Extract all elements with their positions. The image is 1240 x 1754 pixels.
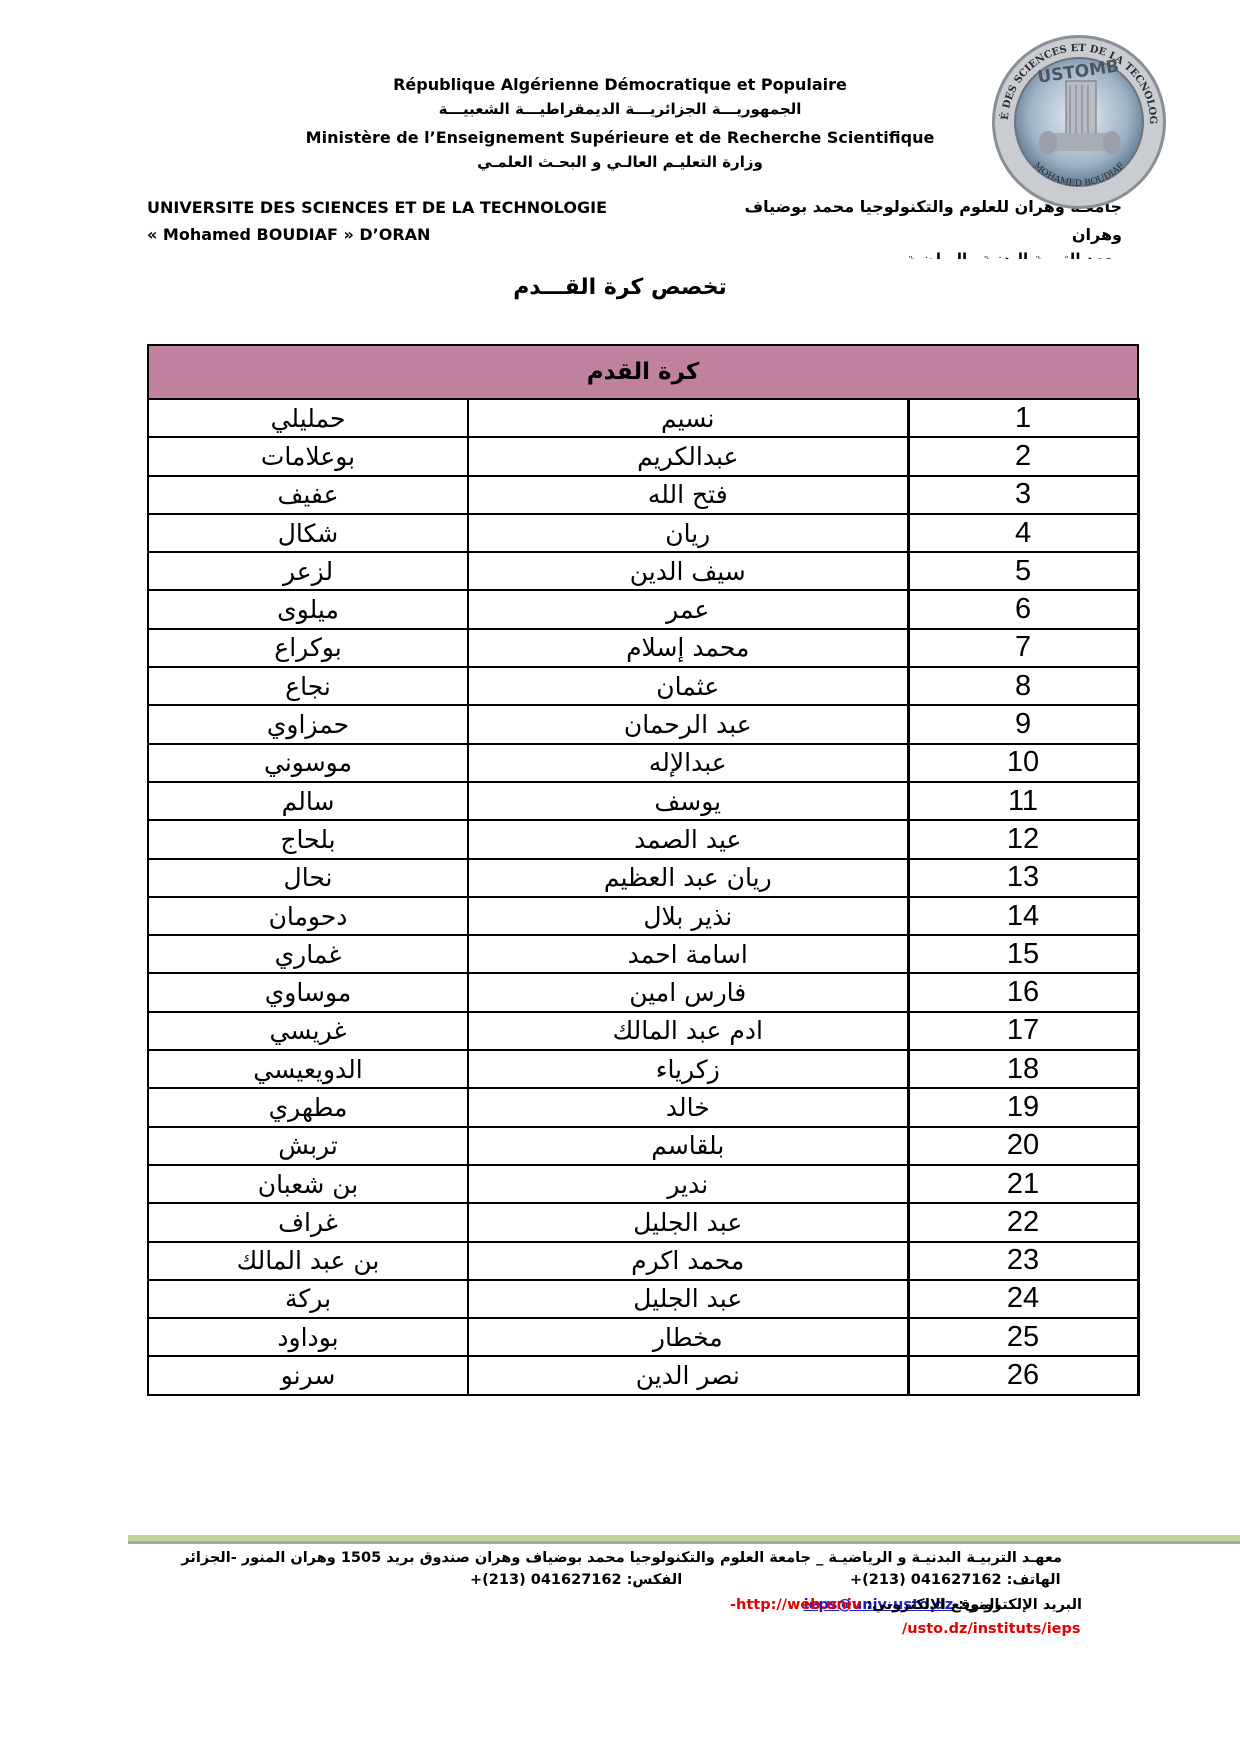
row-number-cell: 1 (908, 399, 1138, 437)
first-name-cell: عبد الرحمان (468, 705, 908, 743)
footer-address: معهـد التربيـة البدنيـة و الرياضيـة _ جا… (181, 1550, 1062, 1566)
last-name-cell: موسوني (148, 744, 468, 782)
last-name-cell: دحومان (148, 897, 468, 935)
last-name-cell: موساوي (148, 973, 468, 1011)
first-name-cell: محمد إسلام (468, 629, 908, 667)
row-number-cell: 25 (908, 1318, 1138, 1356)
table-row: سالميوسف11 (148, 782, 1138, 820)
last-name-cell: الدويعيسي (148, 1050, 468, 1088)
table-row: ميلوىعمر6 (148, 590, 1138, 628)
website-link-part2[interactable]: /usto.dz/instituts/ieps (902, 1621, 1081, 1637)
last-name-cell: مطهري (148, 1088, 468, 1126)
table-row: بوعلاماتعبدالكريم2 (148, 437, 1138, 475)
last-name-cell: نجاع (148, 667, 468, 705)
last-name-cell: سالم (148, 782, 468, 820)
row-number-cell: 23 (908, 1242, 1138, 1280)
first-name-cell: يوسف (468, 782, 908, 820)
university-city-ar: وهران (1072, 225, 1122, 244)
row-number-cell: 7 (908, 629, 1138, 667)
first-name-cell: زكرياء (468, 1050, 908, 1088)
table-header-label: كرة القدم (148, 345, 1138, 399)
table-row: بن عبد المالكمحمد اكرم23 (148, 1242, 1138, 1280)
table-row: دحوماننذير بلال14 (148, 897, 1138, 935)
phone-label: الهاتف: (1007, 1572, 1061, 1588)
row-number-cell: 15 (908, 935, 1138, 973)
first-name-cell: محمد اكرم (468, 1242, 908, 1280)
table-row: بوكراعمحمد إسلام7 (148, 629, 1138, 667)
row-number-cell: 8 (908, 667, 1138, 705)
table-row: شكالريان4 (148, 514, 1138, 552)
row-number-cell: 2 (908, 437, 1138, 475)
first-name-cell: عبد الجليل (468, 1280, 908, 1318)
row-number-cell: 4 (908, 514, 1138, 552)
first-name-cell: عبد الجليل (468, 1203, 908, 1241)
first-name-cell: اسامة احمد (468, 935, 908, 973)
row-number-cell: 20 (908, 1127, 1138, 1165)
fax-value: 041627162 (213)+ (470, 1572, 622, 1588)
website-link-part1[interactable]: http://web.univ- (730, 1597, 861, 1613)
phone-value: 041627162 (213)+ (850, 1572, 1002, 1588)
row-number-cell: 12 (908, 820, 1138, 858)
first-name-cell: نذير بلال (468, 897, 908, 935)
last-name-cell: نحال (148, 859, 468, 897)
row-number-cell: 5 (908, 552, 1138, 590)
row-number-cell: 26 (908, 1356, 1138, 1394)
first-name-cell: ادم عبد المالك (468, 1012, 908, 1050)
table-row: سرنونصر الدين26 (148, 1356, 1138, 1394)
last-name-cell: سرنو (148, 1356, 468, 1394)
first-name-cell: ريان (468, 514, 908, 552)
table-row: موساويفارس امين16 (148, 973, 1138, 1011)
table-row: عفيففتح الله3 (148, 476, 1138, 514)
table-row: بركةعبد الجليل24 (148, 1280, 1138, 1318)
first-name-cell: ريان عبد العظيم (468, 859, 908, 897)
university-subtitle-fr: « Mohamed BOUDIAF » D’ORAN (147, 225, 430, 244)
last-name-cell: بن عبد المالك (148, 1242, 468, 1280)
last-name-cell: عفيف (148, 476, 468, 514)
first-name-cell: نصر الدين (468, 1356, 908, 1394)
last-name-cell: بركة (148, 1280, 468, 1318)
row-number-cell: 11 (908, 782, 1138, 820)
last-name-cell: تربش (148, 1127, 468, 1165)
university-name-fr: UNIVERSITE DES SCIENCES ET DE LA TECHNOL… (147, 198, 607, 217)
first-name-cell: خالد (468, 1088, 908, 1126)
first-name-cell: سيف الدين (468, 552, 908, 590)
last-name-cell: غماري (148, 935, 468, 973)
first-name-cell: فتح الله (468, 476, 908, 514)
table-header-row: كرة القدم (148, 345, 1138, 399)
last-name-cell: ميلوى (148, 590, 468, 628)
table-row: الدويعيسيزكرياء18 (148, 1050, 1138, 1088)
table-row: لزعرسيف الدين5 (148, 552, 1138, 590)
last-name-cell: حمزاوي (148, 705, 468, 743)
last-name-cell: بن شعبان (148, 1165, 468, 1203)
footer-website: الموقع الإلكتروني: http://web.univ- (730, 1597, 999, 1613)
row-number-cell: 16 (908, 973, 1138, 1011)
last-name-cell: حمليلي (148, 399, 468, 437)
row-number-cell: 22 (908, 1203, 1138, 1241)
table-row: حمليلينسيم1 (148, 399, 1138, 437)
row-number-cell: 24 (908, 1280, 1138, 1318)
row-number-cell: 10 (908, 744, 1138, 782)
table-row: بلحاجعيد الصمد12 (148, 820, 1138, 858)
document-title: تخصص كرة القـــدم (0, 275, 1240, 300)
first-name-cell: ندير (468, 1165, 908, 1203)
last-name-cell: بوكراع (148, 629, 468, 667)
last-name-cell: بلحاج (148, 820, 468, 858)
first-name-cell: مخطار (468, 1318, 908, 1356)
table-row: غمارياسامة احمد15 (148, 935, 1138, 973)
table-row: حمزاويعبد الرحمان9 (148, 705, 1138, 743)
first-name-cell: عيد الصمد (468, 820, 908, 858)
usto-seal-icon: UNIVERSITÉ DES SCIENCES ET DE LA TECNOLO… (990, 33, 1168, 211)
first-name-cell: فارس امين (468, 973, 908, 1011)
last-name-cell: لزعر (148, 552, 468, 590)
row-number-cell: 6 (908, 590, 1138, 628)
table-row: غريسيادم عبد المالك17 (148, 1012, 1138, 1050)
footer-phone: الهاتف: 041627162 (213)+ (850, 1572, 1061, 1588)
footer-divider (128, 1535, 1240, 1544)
university-logo: UNIVERSITÉ DES SCIENCES ET DE LA TECNOLO… (990, 33, 1168, 211)
table-row: بوداودمخطار25 (148, 1318, 1138, 1356)
row-number-cell: 14 (908, 897, 1138, 935)
row-number-cell: 18 (908, 1050, 1138, 1088)
first-name-cell: عبدالكريم (468, 437, 908, 475)
row-number-cell: 9 (908, 705, 1138, 743)
fax-label: الفكس: (627, 1572, 683, 1588)
table-row: تربشبلقاسم20 (148, 1127, 1138, 1165)
table-row: غرافعبد الجليل22 (148, 1203, 1138, 1241)
footer-fax: الفكس: 041627162 (213)+ (470, 1572, 682, 1588)
website-label: الموقع الإلكتروني: (866, 1597, 999, 1613)
row-number-cell: 13 (908, 859, 1138, 897)
table-row: موسونيعبدالإله10 (148, 744, 1138, 782)
table-row: بن شعبانندير21 (148, 1165, 1138, 1203)
table-row: مطهريخالد19 (148, 1088, 1138, 1126)
first-name-cell: نسيم (468, 399, 908, 437)
student-list-table: كرة القدم حمليلينسيم1بوعلاماتعبدالكريم2ع… (147, 344, 1140, 1396)
row-number-cell: 19 (908, 1088, 1138, 1126)
last-name-cell: بوعلامات (148, 437, 468, 475)
last-name-cell: بوداود (148, 1318, 468, 1356)
row-number-cell: 21 (908, 1165, 1138, 1203)
first-name-cell: بلقاسم (468, 1127, 908, 1165)
last-name-cell: غراف (148, 1203, 468, 1241)
first-name-cell: عثمان (468, 667, 908, 705)
institute-name-ar-clipped: معهد التربية البدنية والرياضية (906, 250, 1122, 259)
row-number-cell: 3 (908, 476, 1138, 514)
first-name-cell: عمر (468, 590, 908, 628)
last-name-cell: غريسي (148, 1012, 468, 1050)
first-name-cell: عبدالإله (468, 744, 908, 782)
row-number-cell: 17 (908, 1012, 1138, 1050)
table-row: نحالريان عبد العظيم13 (148, 859, 1138, 897)
table-row: نجاععثمان8 (148, 667, 1138, 705)
last-name-cell: شكال (148, 514, 468, 552)
